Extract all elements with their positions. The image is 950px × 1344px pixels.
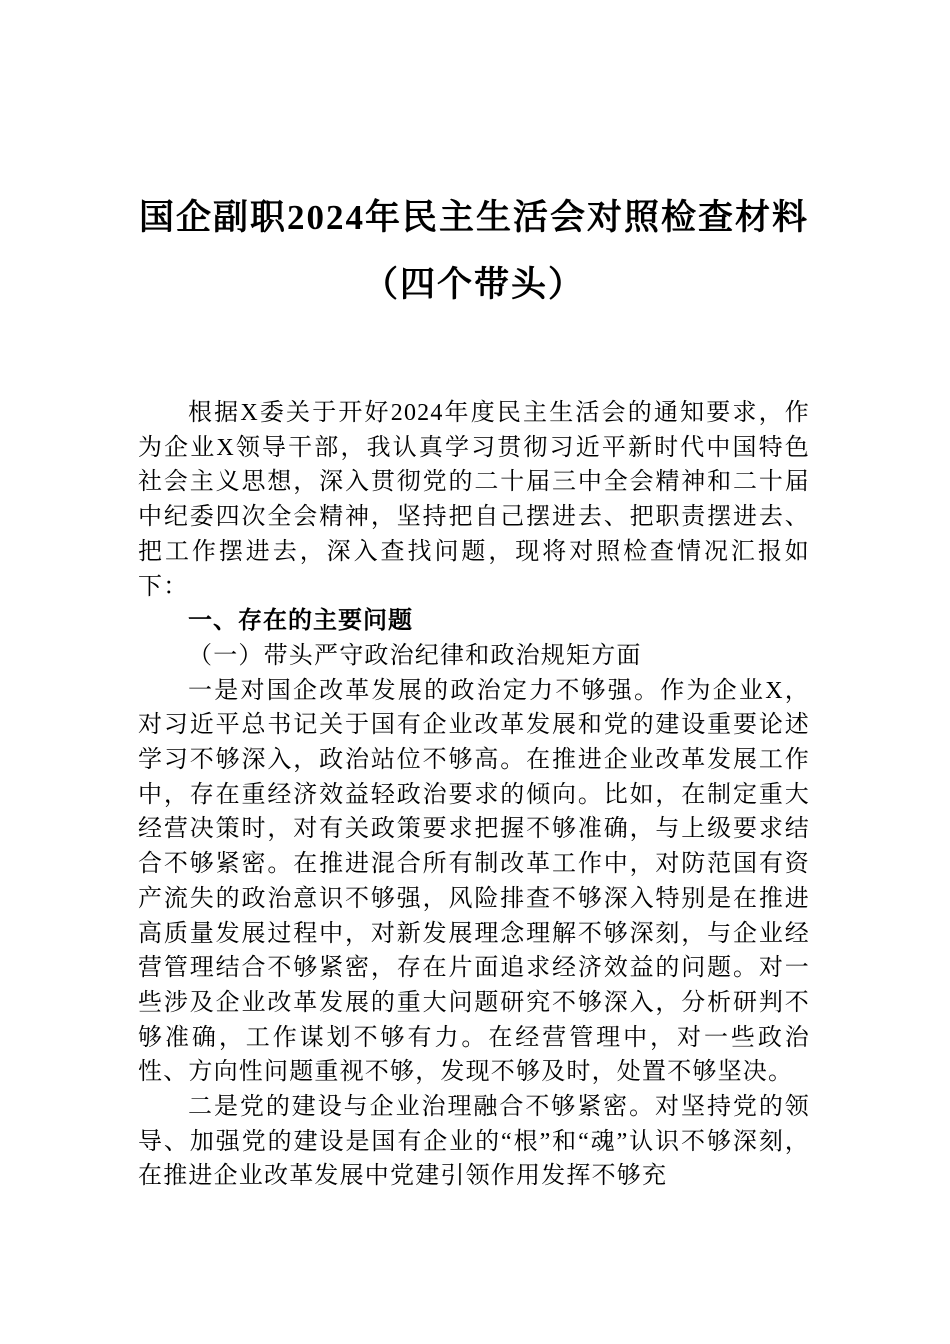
title-line-2: （四个带头） bbox=[138, 251, 810, 318]
document-body: 根据X委关于开好2024年度民主生活会的通知要求，作为企业X领导干部，我认真学习… bbox=[138, 396, 810, 1194]
section-heading-main-problems: 一、存在的主要问题 bbox=[138, 604, 810, 639]
subsection-heading-political-discipline: （一）带头严守政治纪律和政治规矩方面 bbox=[138, 639, 810, 674]
title-line-1: 国企副职2024年民主生活会对照检查材料 bbox=[138, 184, 810, 251]
paragraph-problem-2: 二是党的建设与企业治理融合不够紧密。对坚持党的领导、加强党的建设是国有企业的“根… bbox=[138, 1090, 810, 1194]
document-title: 国企副职2024年民主生活会对照检查材料 （四个带头） bbox=[138, 184, 810, 318]
paragraph-problem-1: 一是对国企改革发展的政治定力不够强。作为企业X，对习近平总书记关于国有企业改革发… bbox=[138, 674, 810, 1090]
document-page: 国企副职2024年民主生活会对照检查材料 （四个带头） 根据X委关于开好2024… bbox=[0, 0, 950, 1344]
paragraph-intro: 根据X委关于开好2024年度民主生活会的通知要求，作为企业X领导干部，我认真学习… bbox=[138, 396, 810, 604]
